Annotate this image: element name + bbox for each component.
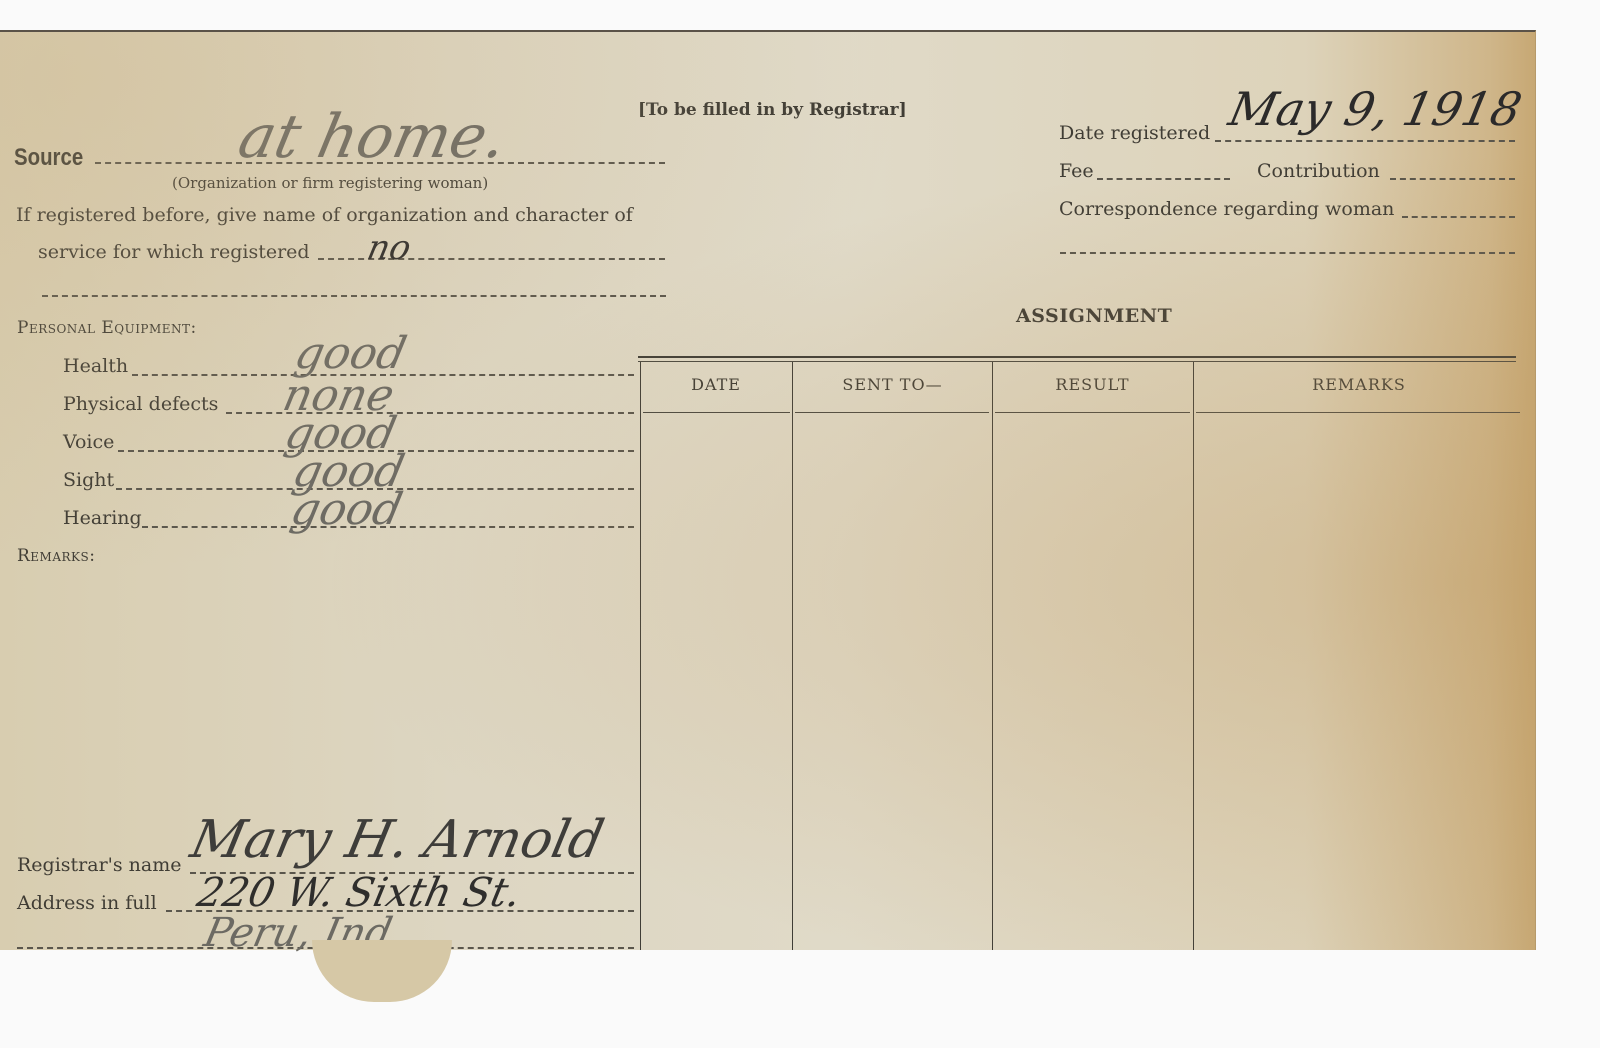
previous-registration-line2: service for which registered	[38, 241, 310, 263]
sight-label: Sight	[63, 469, 114, 491]
hearing-label: Hearing	[63, 507, 142, 529]
date-registered-label: Date registered	[1059, 122, 1210, 144]
hearing-value[interactable]: good	[287, 484, 407, 535]
card-tab	[312, 940, 452, 1002]
date-registered-line	[1215, 140, 1515, 142]
column-divider	[992, 362, 993, 950]
assignment-top-rule-2	[638, 361, 1516, 362]
header-underline	[1196, 412, 1520, 413]
source-label: Source	[14, 144, 83, 172]
personal-equipment-title: Personal Equipment:	[17, 318, 197, 338]
remarks-label: Remarks:	[17, 546, 95, 566]
correspondence-label: Correspondence regarding woman	[1059, 198, 1394, 220]
column-header-date: DATE	[641, 375, 791, 394]
column-header-remarks: REMARKS	[1194, 375, 1524, 394]
health-label: Health	[63, 355, 128, 377]
column-header-sent-to: SENT TO—	[793, 375, 992, 394]
contribution-line[interactable]	[1390, 178, 1515, 180]
fee-line[interactable]	[1097, 178, 1230, 180]
column-divider	[792, 362, 793, 950]
correspondence-extra-line[interactable]	[1060, 252, 1515, 254]
registrar-name-label: Registrar's name	[17, 854, 182, 876]
column-divider	[640, 362, 641, 950]
previous-registration-line1: If registered before, give name of organ…	[16, 204, 633, 226]
fee-label: Fee	[1059, 160, 1094, 182]
registrar-name-value[interactable]: Mary H. Arnold	[186, 810, 609, 870]
previous-registration-value[interactable]: no	[364, 228, 415, 268]
previous-registration-extra-line	[42, 295, 666, 297]
assignment-title: ASSIGNMENT	[1016, 305, 1172, 327]
contribution-label: Contribution	[1257, 160, 1380, 182]
column-header-result: RESULT	[993, 375, 1192, 394]
column-divider	[1193, 362, 1194, 950]
source-value[interactable]: at home.	[233, 102, 513, 172]
registration-card: [To be filled in by Registrar] Source at…	[0, 30, 1536, 950]
header-underline	[795, 412, 989, 413]
header-underline	[643, 412, 790, 413]
voice-label: Voice	[63, 431, 114, 453]
assignment-top-rule	[638, 356, 1516, 358]
physical-defects-label: Physical defects	[63, 393, 218, 415]
registrar-note: [To be filled in by Registrar]	[638, 100, 907, 120]
correspondence-line[interactable]	[1402, 216, 1515, 218]
address-label: Address in full	[17, 892, 157, 914]
header-underline	[995, 412, 1190, 413]
date-registered-value[interactable]: May 9, 1918	[1224, 82, 1526, 136]
source-caption: (Organization or firm registering woman)	[172, 174, 488, 192]
